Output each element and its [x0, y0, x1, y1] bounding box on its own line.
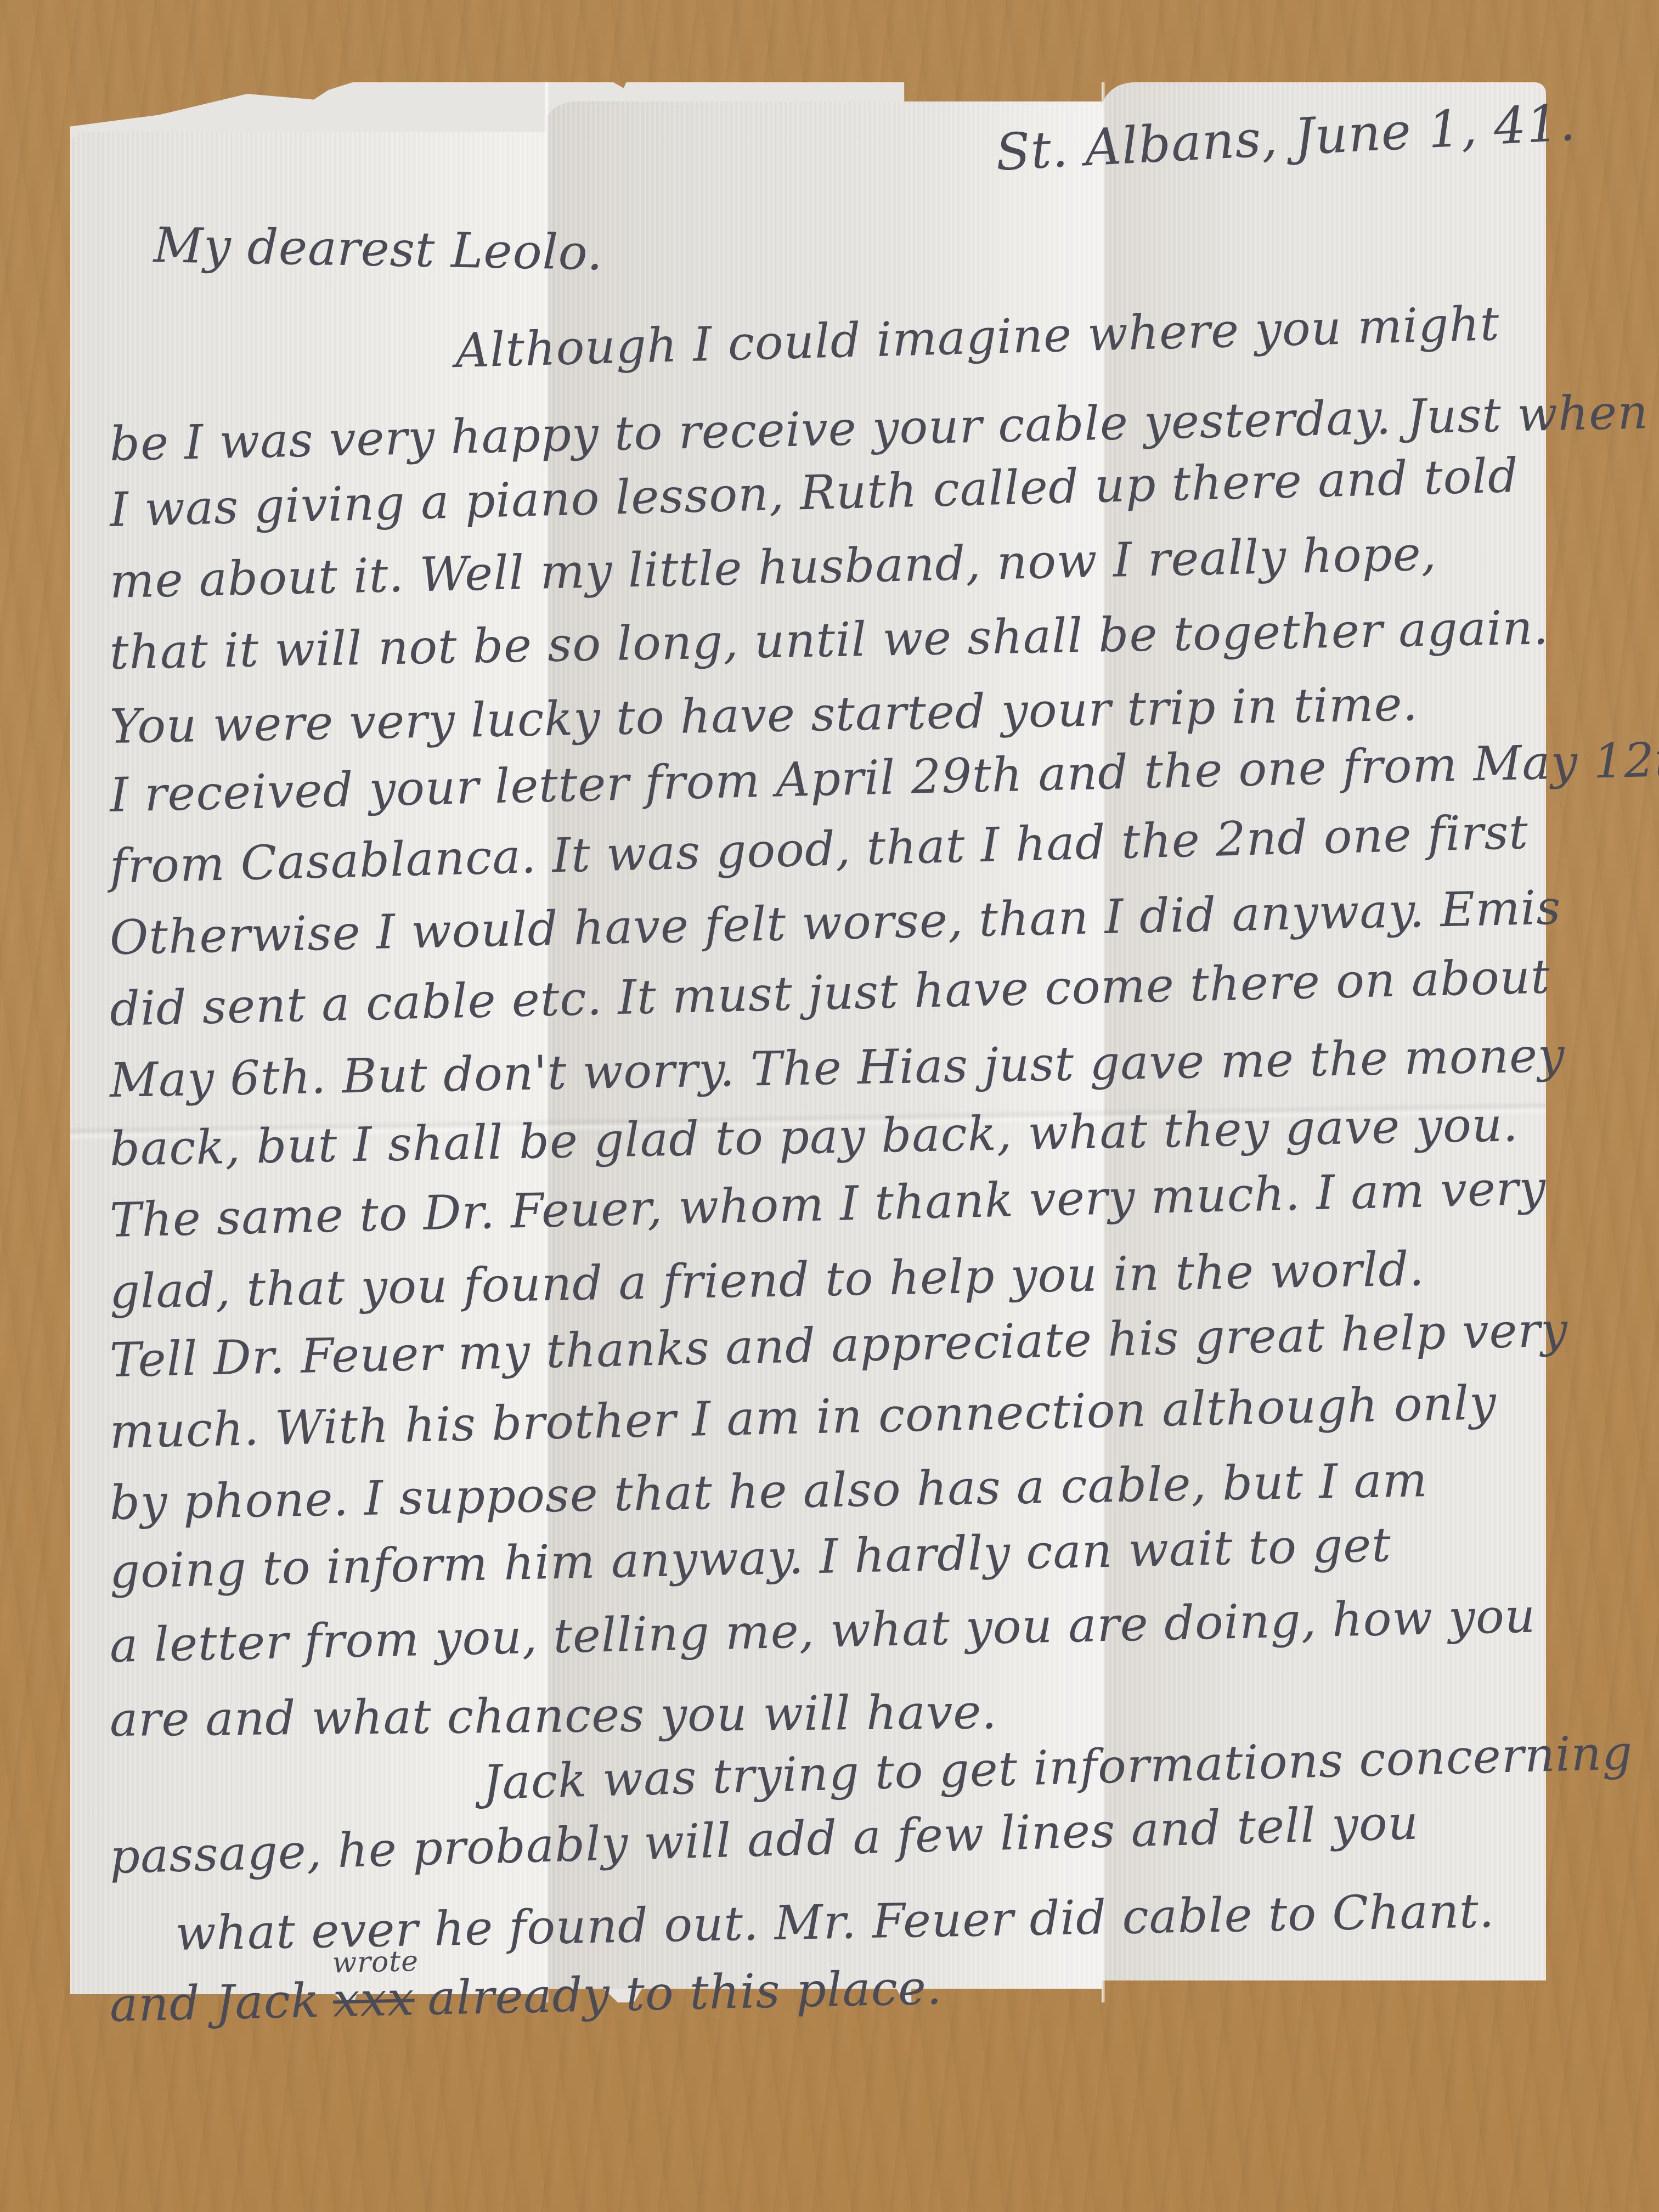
letter-salutation: My dearest Leolo.: [153, 217, 603, 281]
struck-out-word: xxx: [332, 1971, 415, 2028]
letter-line: are and what chances you will have.: [110, 1685, 997, 1747]
handwritten-correction: xxxwrote: [332, 1971, 415, 2028]
letter-line-end: already to this place.: [427, 1960, 943, 2026]
letter-line-start: and Jack: [109, 1973, 320, 2033]
inserted-word: wrote: [332, 1945, 419, 1979]
